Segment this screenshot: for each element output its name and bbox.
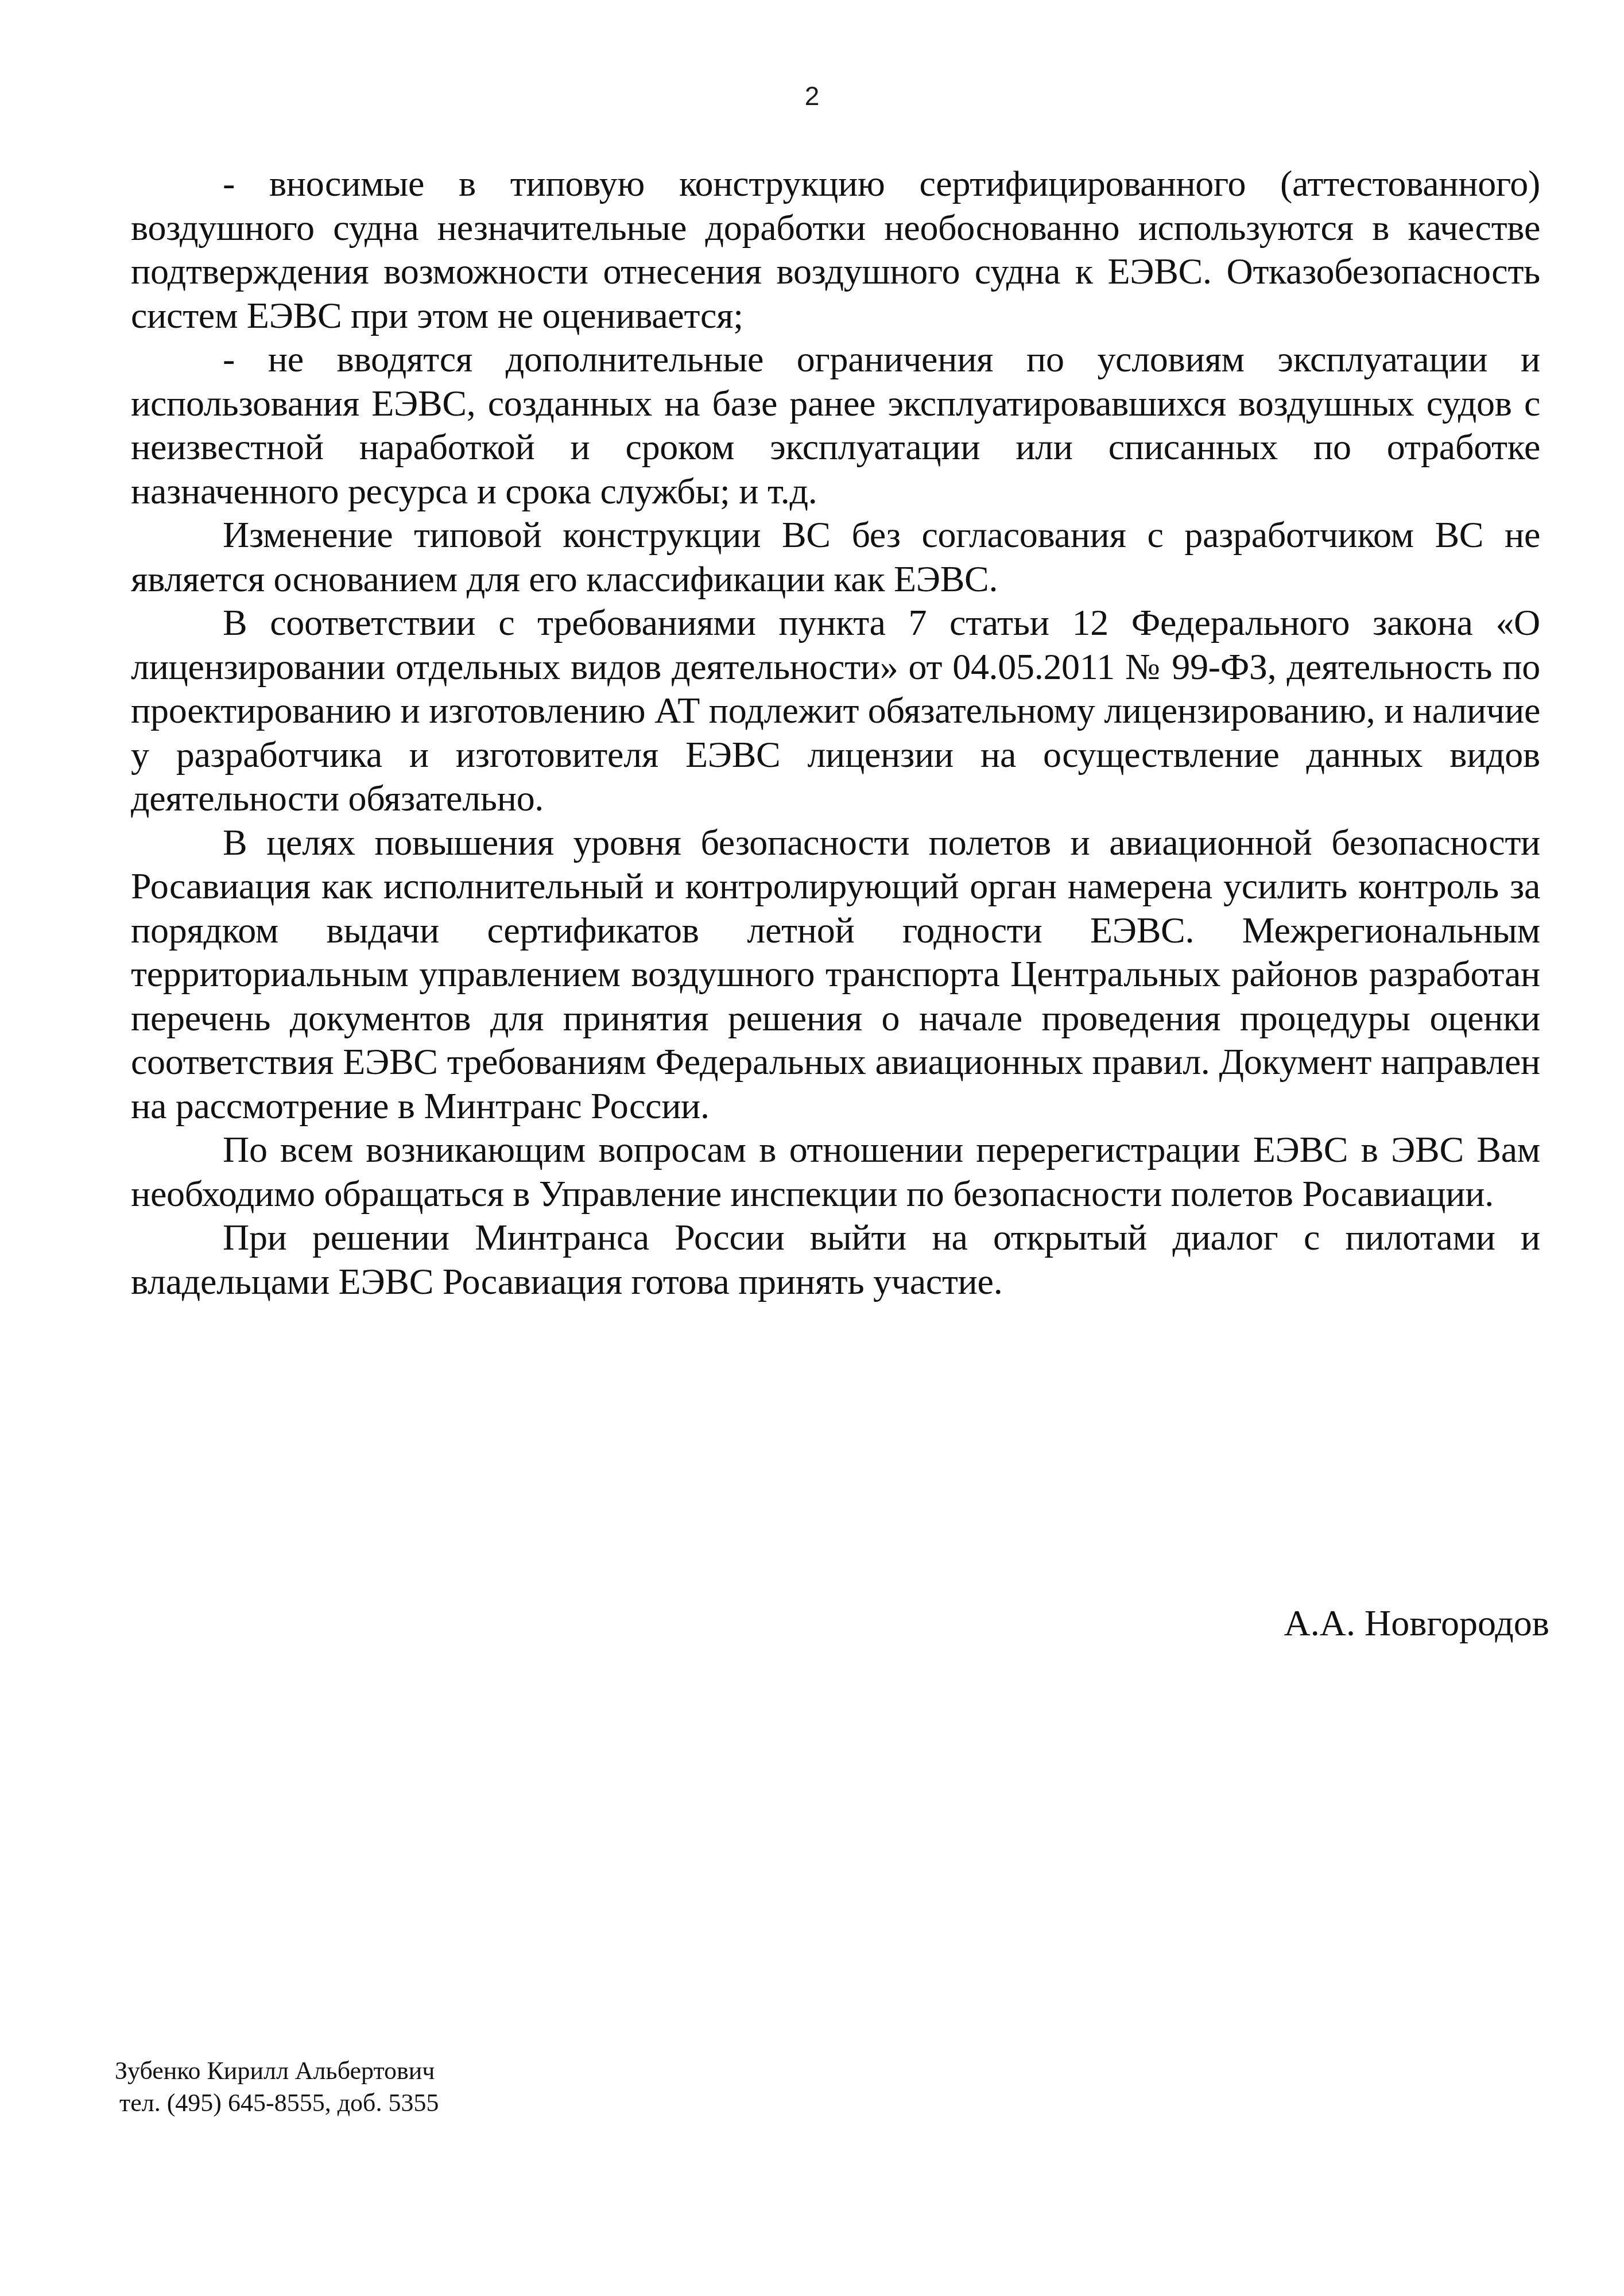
page-number: 2 (0, 80, 1624, 111)
letter-body: - вносимые в типовую конструкцию сертифи… (131, 162, 1540, 1304)
executor-contact-block: Зубенко Кирилл Альбертович тел. (495) 64… (115, 2055, 439, 2119)
signature-name: А.А. Новгородов (1284, 1601, 1549, 1645)
paragraph-licensing-requirement: В соответствии с требованиями пункта 7 с… (131, 601, 1540, 821)
paragraph-safety-control: В целях повышения уровня безопасности по… (131, 821, 1540, 1128)
paragraph-type-design-change: Изменение типовой конструкции ВС без сог… (131, 513, 1540, 601)
paragraph-open-dialogue: При решении Минтранса России выйти на от… (131, 1216, 1540, 1304)
paragraph-contact-inquiries: По всем возникающим вопросам в отношении… (131, 1128, 1540, 1216)
paragraph-list-item-2: - не вводятся дополнительные ограничения… (131, 338, 1540, 513)
paragraph-list-item-1: - вносимые в типовую конструкцию сертифи… (131, 162, 1540, 338)
executor-phone: тел. (495) 645-8555, доб. 5355 (115, 2087, 439, 2119)
executor-name: Зубенко Кирилл Альбертович (115, 2055, 439, 2087)
